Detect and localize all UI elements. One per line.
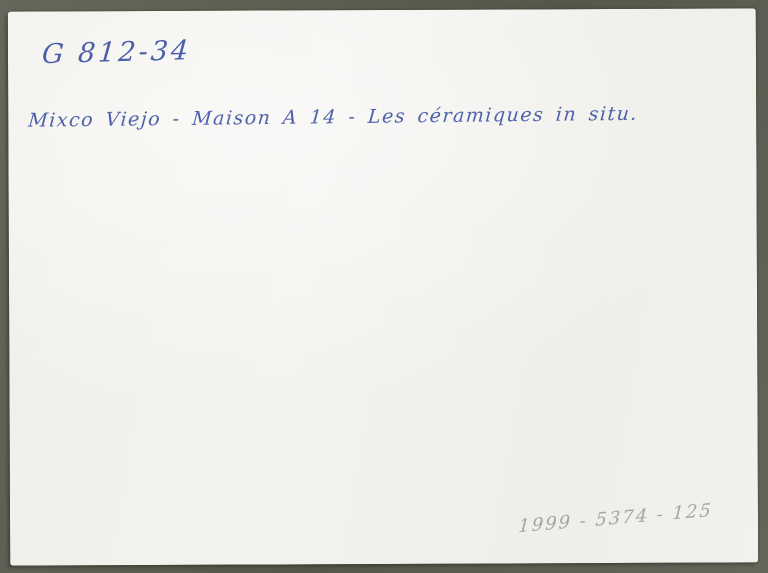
photo-card-verso: G 812-34 Mixco Viejo - Maison A 14 - Les… <box>8 8 758 565</box>
pencil-inventory-number: 1999 - 5374 - 125 <box>518 500 714 537</box>
scan-background-frame: G 812-34 Mixco Viejo - Maison A 14 - Les… <box>0 0 768 573</box>
handwritten-code-annotation: G 812-34 <box>41 35 193 70</box>
handwritten-caption-annotation: Mixco Viejo - Maison A 14 - Les céramiqu… <box>27 103 638 132</box>
